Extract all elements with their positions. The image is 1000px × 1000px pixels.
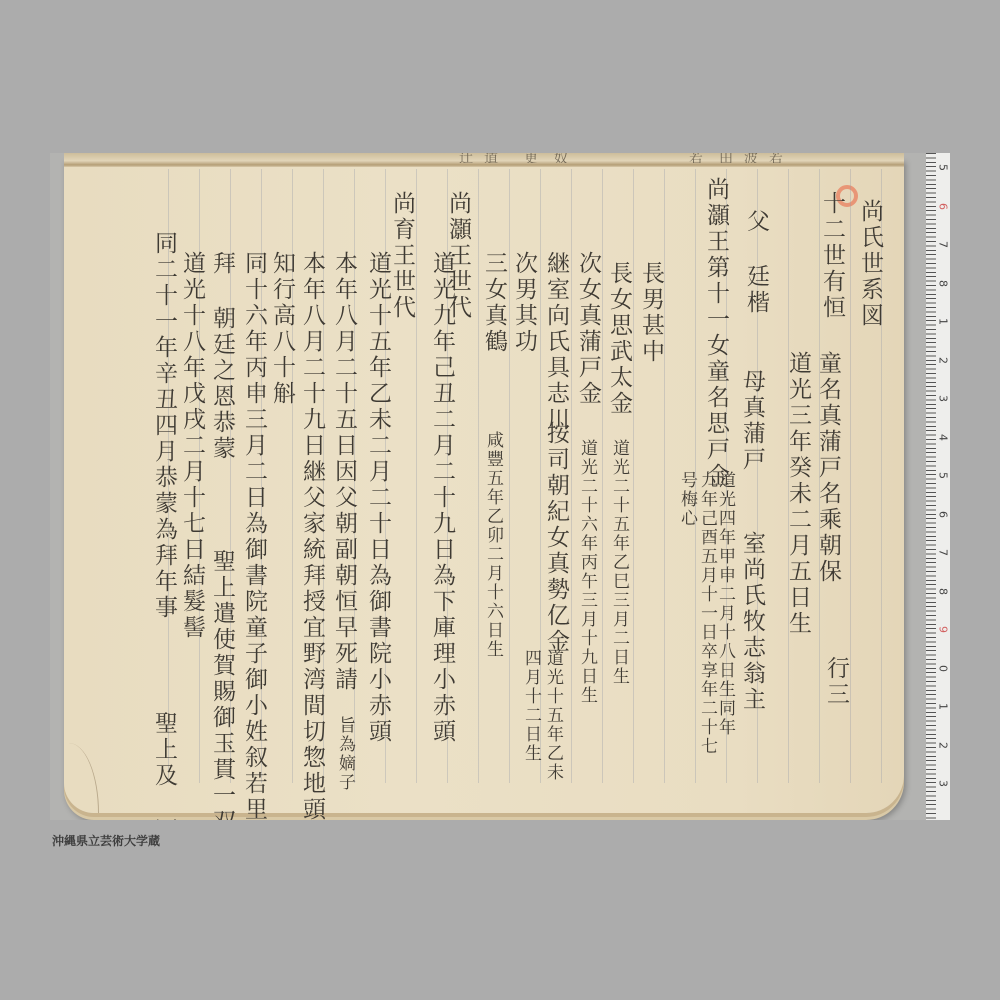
manuscript-column: 十二世有恒 bbox=[820, 191, 843, 321]
manuscript-column: 咸豐五年乙卯二月十六日生 bbox=[484, 431, 501, 659]
ruler-label: 7 bbox=[937, 238, 950, 252]
manuscript-column: 道光二十五年乙巳三月二日生 bbox=[610, 439, 627, 686]
manuscript-page: 辻道更奴若田波若 尚氏世系図十二世有恒童名真蒲戸名乘朝保道光三年癸未二月五日生行… bbox=[64, 153, 904, 813]
manuscript-column: 長女思武太金 bbox=[607, 261, 630, 417]
manuscript-column: 拜 朝廷之恩恭蒙 bbox=[210, 251, 233, 462]
ruler-label: 3 bbox=[937, 392, 950, 406]
previous-page-glyph: 若 bbox=[689, 153, 707, 163]
manuscript-column: 四月十二日生 bbox=[522, 649, 539, 763]
manuscript-column: 三女真鶴 bbox=[482, 251, 505, 355]
manuscript-column: 道光十五年乙未二月二十日為御書院小赤頭 bbox=[366, 251, 389, 745]
ruler-label: 8 bbox=[937, 584, 950, 598]
ruled-line bbox=[633, 169, 634, 783]
manuscript-column: 室尚氏牧志翁主 bbox=[740, 531, 763, 713]
manuscript-column: 次女真蒲戸金 bbox=[576, 251, 599, 407]
ruler-label: 6 bbox=[937, 507, 950, 521]
ruler-label: 5 bbox=[937, 469, 950, 483]
ruler-label: 5 bbox=[937, 161, 950, 175]
ruler-label: 3 bbox=[937, 777, 950, 791]
manuscript-column: 聖上及 國母 bbox=[152, 711, 175, 820]
manuscript-column: 同二十一年辛丑四月恭蒙為拜年事 bbox=[152, 231, 175, 621]
previous-page-glyph: 田 bbox=[719, 153, 737, 163]
previous-page-glyph: 更 bbox=[524, 153, 542, 163]
ruled-line bbox=[509, 169, 510, 783]
manuscript-column: 母真蒲戸 bbox=[740, 369, 763, 473]
manuscript-column: 道光九年己丑二月二十九日為下庫理小赤頭 bbox=[430, 251, 453, 745]
manuscript-column: 次男其功 bbox=[512, 251, 535, 355]
manuscript-column: 按司朝紀女真勢亿金 bbox=[544, 421, 567, 655]
manuscript-column: 継室向氏具志川 bbox=[544, 251, 567, 433]
ruler-label: 9 bbox=[937, 623, 950, 637]
ruler-label: 0 bbox=[937, 661, 950, 675]
ruled-line bbox=[602, 169, 603, 783]
manuscript-column: 道光二十六年丙午三月十九日生 bbox=[578, 439, 595, 705]
manuscript-column: 道光四年甲申二月十八日生同年 bbox=[716, 471, 733, 737]
manuscript-column: 道光十八年戊戌二月十七日結髮髻 bbox=[180, 251, 203, 641]
manuscript-column: 道光十五年乙未 bbox=[544, 649, 561, 782]
manuscript-column: 行三 bbox=[824, 656, 847, 708]
manuscript-column: 尚灝王第十一女童名思戸金 bbox=[704, 177, 727, 489]
manuscript-column: 知行高八十斛 bbox=[270, 251, 293, 407]
previous-page-glyph: 辻 bbox=[459, 153, 477, 163]
page-corner-curl bbox=[64, 743, 99, 813]
ruled-line bbox=[850, 169, 851, 783]
document-photograph: 辻道更奴若田波若 尚氏世系図十二世有恒童名真蒲戸名乘朝保道光三年癸未二月五日生行… bbox=[50, 153, 950, 820]
ruler-label: 4 bbox=[937, 430, 950, 444]
previous-page-glyph: 若 bbox=[769, 153, 787, 163]
document-title: 尚氏世系図 bbox=[858, 199, 881, 329]
measurement-ruler: 56781234567890123 bbox=[926, 153, 950, 820]
ruled-line bbox=[416, 169, 417, 783]
manuscript-column: 道光三年癸未二月五日生 bbox=[786, 351, 809, 637]
page-fold-edge: 辻道更奴若田波若 bbox=[64, 153, 904, 167]
ruler-ticks bbox=[926, 153, 936, 820]
manuscript-column: 父 廷楷 bbox=[744, 209, 767, 316]
previous-page-glyph: 波 bbox=[744, 153, 762, 163]
manuscript-column: 九年己酉五月十一日卒享年二十七 bbox=[698, 471, 715, 756]
manuscript-column: 本年八月二十五日因父朝副朝恒早死請 bbox=[332, 251, 355, 693]
previous-page-glyph: 奴 bbox=[554, 153, 572, 163]
manuscript-column: 号梅心 bbox=[678, 471, 695, 528]
ruled-line bbox=[571, 169, 572, 783]
previous-page-fragment: 辻道更奴若田波若 bbox=[64, 153, 904, 163]
ruler-label: 1 bbox=[937, 315, 950, 329]
ruler-label: 8 bbox=[937, 276, 950, 290]
collection-caption: 沖縄県立芸術大学蔵 bbox=[52, 832, 160, 849]
ruled-line bbox=[664, 169, 665, 783]
previous-page-glyph: 道 bbox=[484, 153, 502, 163]
manuscript-column: 本年八月二十九日継父家統拜授宜野湾間切惣地頭職併 bbox=[300, 251, 323, 820]
ruled-line bbox=[478, 169, 479, 783]
manuscript-column: 同十六年丙申三月二日為御書院童子御小姓叙若里之子 bbox=[242, 251, 265, 820]
ruler-label: 1 bbox=[937, 700, 950, 714]
manuscript-column: 聖上遣使賀賜御玉貫一双 bbox=[210, 549, 233, 820]
manuscript-column: 童名真蒲戸名乘朝保 bbox=[816, 351, 839, 585]
manuscript-column: 長男甚中 bbox=[639, 261, 662, 365]
ruler-label: 6 bbox=[937, 199, 950, 213]
ruler-label: 2 bbox=[937, 353, 950, 367]
manuscript-column: 旨為嫡子 bbox=[336, 716, 353, 792]
manuscript-column: 尚育王世代 bbox=[390, 191, 413, 321]
ruler-label: 7 bbox=[937, 546, 950, 560]
ruler-label: 2 bbox=[937, 738, 950, 752]
